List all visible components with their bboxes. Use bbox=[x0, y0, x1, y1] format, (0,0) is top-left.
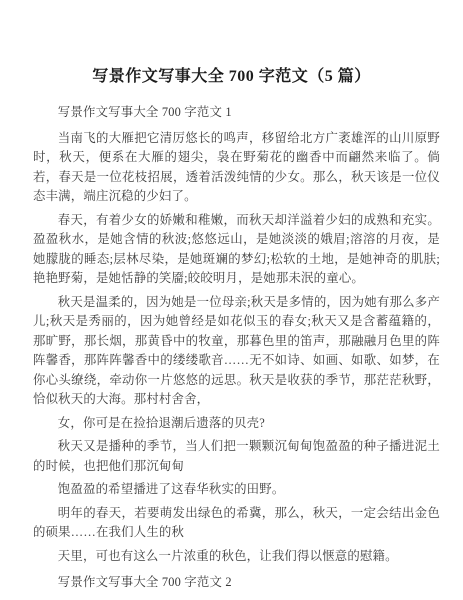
paragraph-autumn-arrival: 当南飞的大雁把它清厉悠长的鸣声，移留给北方广袤雄浑的山川原野时，秋天，便系在大雁… bbox=[33, 129, 440, 207]
paragraph-autumn-comfort: 天里，可也有这么一片浓重的秋色，让我们得以惬意的慰籍。 bbox=[33, 547, 440, 567]
section-heading-1: 写景作文写事大全 700 字范文 1 bbox=[33, 103, 440, 123]
paragraph-next-spring: 明年的春天，若要萌发出绿色的希冀，那么，秋天，一定会结出金色的硕果……在我们人生… bbox=[33, 504, 440, 543]
document-page: 写景作文写事大全 700 字范文（5 篇） 写景作文写事大全 700 字范文 1… bbox=[0, 0, 463, 600]
paragraph-seashell-question: 女，你可是在捡拾退潮后遗落的贝壳? bbox=[33, 414, 440, 434]
paragraph-hope-sown: 饱盈盈的希望播进了这春华秋实的田野。 bbox=[33, 480, 440, 500]
paragraph-autumn-gentle: 秋天是温柔的，因为她是一位母亲;秋天是多情的，因为她有那么多产儿;秋天是秀丽的，… bbox=[33, 293, 440, 410]
document-title: 写景作文写事大全 700 字范文（5 篇） bbox=[0, 0, 463, 87]
paragraph-spring-vs-autumn: 春天，有着少女的娇嫩和稚嫩，而秋天却洋溢着少妇的成熟和充实。盈盈秋水，是她含情的… bbox=[33, 211, 440, 289]
document-body: 写景作文写事大全 700 字范文 1 当南飞的大雁把它清厉悠长的鸣声，移留给北方… bbox=[0, 87, 463, 593]
section-heading-2: 写景作文写事大全 700 字范文 2 bbox=[33, 573, 440, 593]
paragraph-sowing-season: 秋天又是播种的季节，当人们把一颗颗沉甸甸饱盈盈的种子播进泥土的时候，也把他们那沉… bbox=[33, 437, 440, 476]
